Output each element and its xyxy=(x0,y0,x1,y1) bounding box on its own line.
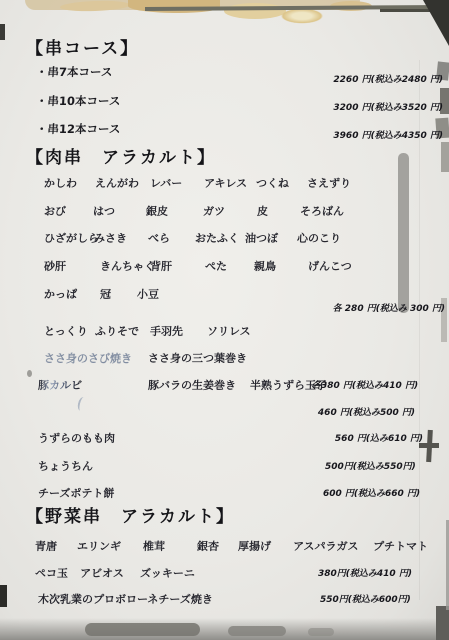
scanned-menu-page: 【串コース】 ・串7本コース 2260 円(税込み2480 円) ・串10本コー… xyxy=(0,0,449,640)
menu-item: きんちゃく xyxy=(100,258,156,274)
menu-item: 豚バラの生姜巻き xyxy=(148,377,237,393)
menu-item: アビオス xyxy=(80,565,124,581)
row-price: 各380 円(税込み410 円) xyxy=(312,378,412,391)
menu-item: チーズポテト餅 xyxy=(38,485,115,501)
menu-item: 背肝 xyxy=(150,258,173,274)
menu-item: 皮 xyxy=(257,203,269,219)
stain-blob xyxy=(128,0,220,13)
menu-item: 親鳥 xyxy=(254,258,277,274)
menu-item: 冠 xyxy=(100,286,112,302)
menu-item: かしわ xyxy=(44,175,78,191)
scan-smudge xyxy=(228,626,286,636)
menu-item: げんこつ xyxy=(308,258,352,274)
course-item-price: 3960 円(税込み4350 円) xyxy=(325,128,443,141)
menu-item: エリンギ xyxy=(77,538,122,554)
row-price: 550円(税込み600円) xyxy=(320,592,408,605)
menu-item: はつ xyxy=(93,203,116,219)
menu-item: さえずり xyxy=(307,175,352,191)
menu-item: アスパラガス xyxy=(293,538,359,554)
row-price: 560 円(込み610 円) xyxy=(320,431,423,444)
menu-item: 心のこり xyxy=(297,230,342,246)
section-title-meat: 【肉串 アラカルト】 xyxy=(26,143,216,168)
menu-item: プチトマト xyxy=(373,538,429,554)
meat-grid-row: かっぱ 冠 小豆 xyxy=(0,286,449,302)
menu-item: 銀皮 xyxy=(146,203,169,219)
section-title-course: 【串コース】 xyxy=(26,34,139,59)
meat-grid-row: 砂肝 きんちゃく 背肝 ぺた 親鳥 げんこつ xyxy=(0,258,449,274)
menu-item: 青唐 xyxy=(35,538,58,554)
stain-blob-ring xyxy=(274,6,330,26)
row-price: 380円(税込み410 円) xyxy=(318,566,408,579)
course-item-name: ・串12本コース xyxy=(36,121,121,137)
scan-edge-line xyxy=(145,5,449,11)
course-item-price: 2260 円(税込み2480 円) xyxy=(325,72,443,85)
course-item-price: 3200 円(税込み3520 円) xyxy=(325,100,443,113)
meat-grid-row: とっくり ふりそで 手羽先 ソリレス xyxy=(0,323,449,339)
scan-smudge xyxy=(308,628,334,636)
menu-item: 油つぼ xyxy=(245,230,279,246)
meat-grid-row: おび はつ 銀皮 ガツ 皮 そろばん xyxy=(0,203,449,219)
scan-corner-shadow xyxy=(423,0,449,46)
menu-item: 砂肝 xyxy=(44,258,67,274)
menu-item-faded: ささ身のさび焼き xyxy=(44,350,133,366)
scan-smudge xyxy=(85,623,200,636)
menu-item: とっくり xyxy=(44,323,88,339)
scan-corner-shadow xyxy=(436,606,449,640)
course-item-name: ・串7本コース xyxy=(36,64,113,80)
menu-item: みさき xyxy=(94,230,128,246)
stain-blob xyxy=(60,0,130,12)
meat-grid-row: ひざがしら みさき べら おたふく 油つぼ 心のこり xyxy=(0,230,449,246)
menu-item: ひざがしら xyxy=(44,230,100,246)
row-price: 500円(税込み550円) xyxy=(325,459,415,472)
menu-item: つくね xyxy=(256,175,290,191)
menu-item: レバー xyxy=(150,175,183,191)
scan-edge-line xyxy=(380,9,449,12)
menu-item: ガツ xyxy=(203,203,226,219)
menu-item: 木次乳業のプロボローネチーズ焼き xyxy=(38,591,213,607)
scan-bottom-shadow xyxy=(0,618,449,640)
menu-item: ぺた xyxy=(205,258,228,274)
menu-item: べら xyxy=(148,230,171,246)
grid-price: 各 280 円(税込み 300 円) xyxy=(325,301,445,314)
menu-item: かっぱ xyxy=(44,286,78,302)
menu-item: 椎茸 xyxy=(143,538,166,554)
scan-edge-mark xyxy=(0,24,5,40)
menu-item: ささ身の三つ葉巻き xyxy=(148,350,248,366)
menu-item-faded: 豚カルビ xyxy=(38,377,83,393)
menu-item: ズッキーニ xyxy=(140,565,195,581)
stain-blob xyxy=(330,1,372,11)
stain-top-wash xyxy=(25,0,360,10)
menu-item: ソリレス xyxy=(207,323,251,339)
menu-item: そろばん xyxy=(300,203,345,219)
menu-item: ふりそで xyxy=(95,323,140,339)
menu-item: 厚揚げ xyxy=(238,538,272,554)
scan-smudge xyxy=(441,142,449,172)
scan-dot xyxy=(27,370,32,377)
menu-item: おび xyxy=(44,203,67,219)
row-price: 460 円(税込み500 円) xyxy=(315,405,415,418)
menu-item: ちょうちん xyxy=(38,458,94,474)
menu-item: ペコ玉 xyxy=(35,565,69,581)
menu-item: 銀杏 xyxy=(197,538,220,554)
course-item-name: ・串10本コース xyxy=(36,93,121,109)
menu-item: 手羽先 xyxy=(150,323,184,339)
section-title-veg: 【野菜串 アラカルト】 xyxy=(26,502,235,527)
row-price: 600 円(税込み660 円) xyxy=(323,486,415,499)
meat-grid-row: かしわ えんがわ レバー アキレス つくね さえずり xyxy=(0,175,449,191)
veg-grid-row: 青唐 エリンギ 椎茸 銀杏 厚揚げ アスパラガス プチトマト xyxy=(0,538,449,554)
faded-ink-squiggle xyxy=(76,396,87,412)
menu-item: アキレス xyxy=(204,175,248,191)
stain-blob xyxy=(224,3,286,19)
menu-item: おたふく xyxy=(195,230,240,246)
menu-item: 小豆 xyxy=(137,286,160,302)
menu-item: うずらのもも肉 xyxy=(38,430,116,446)
menu-item: えんがわ xyxy=(95,175,140,191)
meat-grid-row: ささ身のさび焼き ささ身の三つ葉巻き xyxy=(0,350,449,366)
